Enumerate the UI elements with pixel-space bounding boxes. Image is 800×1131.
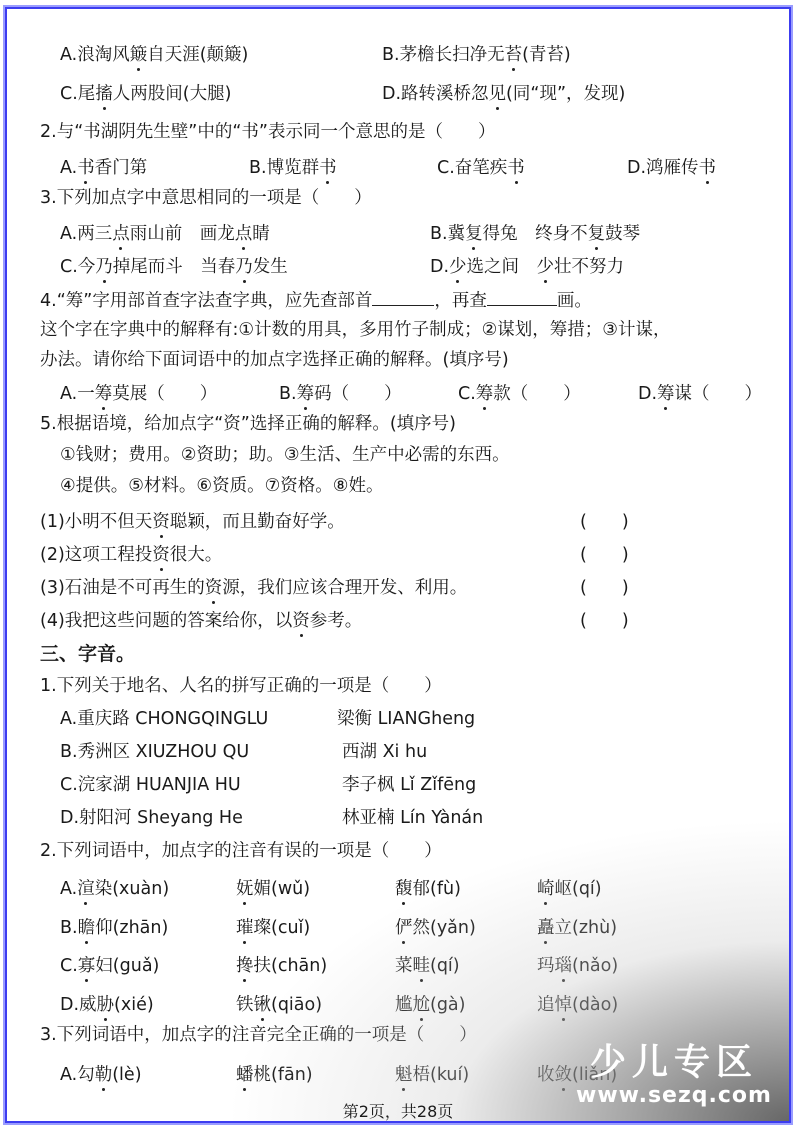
q4-option-d: D.筹谋（ ）	[638, 382, 762, 406]
q4-option-a: A.一筹莫展（ ）	[60, 382, 217, 406]
q4-option-b: B.筹码（ ）	[279, 382, 402, 406]
s3-q2-c-3: 菜畦(qí)	[395, 954, 460, 978]
q5-item-2: (2)这项工程投资很大。	[40, 543, 222, 567]
s3-q1-option-d-person: 林亚楠 Lín Yànán	[342, 806, 483, 830]
s3-q2-c-4: 玛瑙(nǎo)	[537, 954, 618, 978]
page-frame: A.浪淘风簸自天涯(颠簸) B.茅檐长扫净无苔(青苔) C.尾搐人两股间(大腿)…	[5, 7, 791, 1123]
s3-q2-a-1: A.渲染(xuàn)	[60, 877, 169, 901]
s3-q2-stem: 2.下列词语中，加点字的注音有误的一项是（ ）	[40, 839, 442, 863]
q5-item-3: (3)石油是不可再生的资源，我们应该合理开发、利用。	[40, 576, 467, 600]
q5-answer-2[interactable]: ( )	[580, 543, 629, 567]
q4-option-c: C.筹款（ ）	[458, 382, 581, 406]
s3-q1-option-a-person: 梁衡 LIANGheng	[337, 707, 475, 731]
s3-q3-a-2: 蟠桃(fān)	[236, 1063, 313, 1087]
s3-q2-b-3: 俨然(yǎn)	[395, 916, 476, 940]
s3-q3-a-3: 魁梧(kuí)	[395, 1063, 469, 1087]
q2-option-b: B.博览群书	[249, 156, 337, 180]
q5-item-4: (4)我把这些问题的答案给你，以资参考。	[40, 609, 362, 633]
q5-answer-1[interactable]: ( )	[580, 510, 629, 534]
s3-q2-a-4: 崎岖(qí)	[537, 877, 602, 901]
s3-q1-option-d-place: D.射阳河 Sheyang He	[60, 806, 243, 830]
s3-q2-b-4: 矗立(zhù)	[537, 916, 617, 940]
s3-q2-a-3: 馥郁(fù)	[395, 877, 461, 901]
s3-q1-option-a-place: A.重庆路 CHONGQINGLU	[60, 707, 268, 731]
section-heading: 三、字音。	[40, 642, 135, 666]
s3-q1-option-c-person: 李子枫 Lǐ Zǐfēng	[342, 773, 476, 797]
q4-blank-strokes[interactable]	[487, 287, 557, 306]
page-number: 第2页，共28页	[7, 1099, 789, 1122]
s3-q3-stem: 3.下列词语中，加点字的注音完全正确的一项是（ ）	[40, 1023, 477, 1047]
q5-answer-3[interactable]: ( )	[580, 576, 629, 600]
s3-q2-d-2: 铁锹(qiāo)	[236, 993, 322, 1017]
s3-q3-a-1: A.勾勒(lè)	[60, 1063, 142, 1087]
s3-q1-stem: 1.下列关于地名、人名的拼写正确的一项是（ ）	[40, 674, 442, 698]
q2-stem: 2.与“书湖阴先生壁”中的“书”表示同一个意思的是（ ）	[40, 120, 495, 144]
q5-answer-4[interactable]: ( )	[580, 609, 629, 633]
s3-q2-c-1: C.寡妇(guǎ)	[60, 954, 159, 978]
q1-option-a: A.浪淘风簸自天涯(颠簸)	[60, 43, 248, 67]
q3-option-c: C.今乃掉尾而斗 当春乃发生	[60, 255, 288, 279]
q2-option-a: A.书香门第	[60, 156, 147, 180]
q5-stem: 5.根据语境，给加点字“资”选择正确的解释。(填序号)	[40, 412, 456, 436]
q2-option-d: D.鸿雁传书	[627, 156, 716, 180]
q3-option-b: B.冀复得兔 终身不复鼓琴	[430, 222, 640, 246]
q4-instructions: 办法。请你给下面词语中的加点字选择正确的解释。(填序号)	[40, 348, 509, 372]
q5-definitions-2: ④提供。⑤材料。⑥资质。⑦资格。⑧姓。	[60, 474, 383, 498]
q4-stem: 4.“筹”字用部首查字法查字典，应先查部首，再查画。	[40, 287, 592, 313]
s3-q2-a-2: 妩媚(wǔ)	[236, 877, 310, 901]
s3-q2-d-3: 尴尬(gà)	[395, 993, 466, 1017]
s3-q2-c-2: 搀扶(chān)	[236, 954, 327, 978]
q2-option-c: C.奋笔疾书	[437, 156, 525, 180]
s3-q2-d-1: D.威胁(xié)	[60, 993, 154, 1017]
q3-option-d: D.少选之间 少壮不努力	[430, 255, 624, 279]
s3-q3-a-4: 收敛(liǎn)	[537, 1063, 617, 1087]
s3-q2-b-1: B.瞻仰(zhān)	[60, 916, 168, 940]
s3-q2-b-2: 璀璨(cuǐ)	[236, 916, 310, 940]
q3-stem: 3.下列加点字中意思相同的一项是（ ）	[40, 186, 372, 210]
q5-item-1: (1)小明不但天资聪颖，而且勤奋好学。	[40, 510, 345, 534]
q1-option-d: D.路转溪桥忽见(同“现”，发现)	[382, 82, 625, 106]
s3-q2-d-4: 追悼(dào)	[537, 993, 618, 1017]
q4-blank-radical[interactable]	[372, 287, 434, 306]
q5-definitions-1: ①钱财；费用。②资助；助。③生活、生产中必需的东西。	[60, 443, 510, 467]
q1-option-c: C.尾搐人两股间(大腿)	[60, 82, 231, 106]
q1-option-b: B.茅檐长扫净无苔(青苔)	[382, 43, 571, 67]
q3-option-a: A.两三点雨山前 画龙点睛	[60, 222, 270, 246]
s3-q1-option-b-place: B.秀洲区 XIUZHOU QU	[60, 740, 249, 764]
s3-q1-option-c-place: C.浣家湖 HUANJIA HU	[60, 773, 241, 797]
s3-q1-option-b-person: 西湖 Xi hu	[342, 740, 427, 764]
q4-definitions: 这个字在字典中的解释有:①计数的用具，多用竹子制成；②谋划，筹措；③计谋，	[40, 318, 670, 342]
